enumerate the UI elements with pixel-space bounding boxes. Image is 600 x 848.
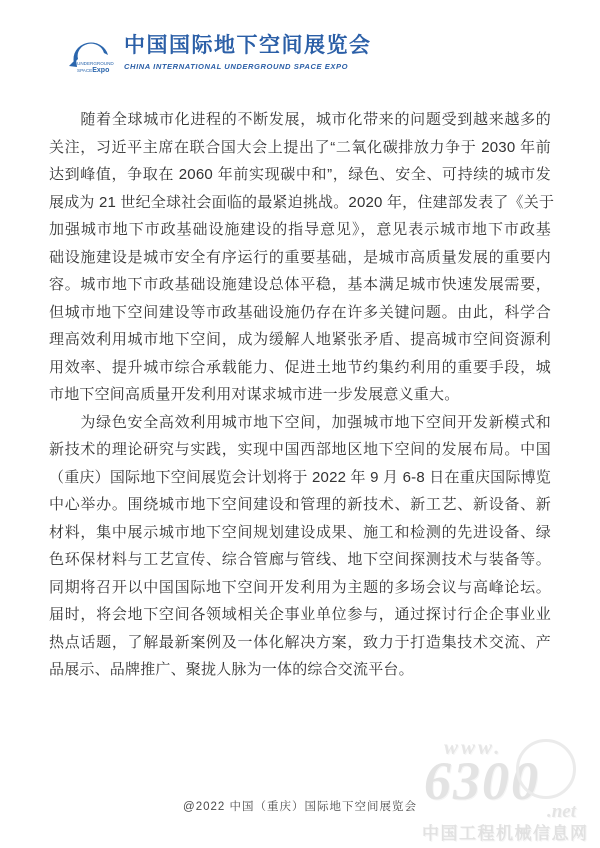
article-line: 容。城市地下市政基础设施建设总体平稳，基本满足城市快速发展需要， (49, 271, 551, 299)
site-watermark: www. 6300 .net 中国工程机械信息网 (422, 737, 590, 842)
article-line: 础设施建设是城市安全有序运行的重要基础，是城市高质量发展的重要内 (49, 244, 551, 272)
swoosh-arc-icon: UNDERGROUND SPACEExpo (64, 28, 116, 76)
article-body: 随着全球城市化进程的不断发展，城市化带来的问题受到越来越多的 关注，习近平主席在… (49, 106, 551, 684)
watermark-circle-icon (516, 739, 576, 799)
article-line: （重庆）国际地下空间展览会计划将于 2022 年 9 月 6-8 日在重庆国际博… (49, 464, 551, 492)
article-line: 用效率、提升城市综合承载能力、促进土地节约集约利用的重要手段，城 (49, 354, 551, 382)
brand-titles: 中国国际地下空间展览会 CHINA INTERNATIONAL UNDERGRO… (124, 33, 372, 71)
article-line: 展成为 21 世纪全球社会面临的最紧迫挑战。2020 年，住建部发表了《关于 (49, 189, 551, 217)
article-line: 色环保材料与工艺宣传、综合管廊与管线、地下空间探测技术与装备等。 (49, 546, 551, 574)
article-line: 品展示、品牌推广、聚拢人脉为一体的综合交流平台。 (49, 656, 551, 684)
logo-small-text-1: UNDERGROUND (77, 61, 114, 66)
article-line: 加强城市地下市政基础设施建设的指导意见》，意见表示城市地下市政基 (49, 216, 551, 244)
article-line: 中心举办。围绕城市地下空间建设和管理的新技术、新工艺、新设备、新 (49, 491, 551, 519)
expo-logo-icon: UNDERGROUND SPACEExpo (64, 28, 116, 76)
logo-small-text-2: SPACEExpo (77, 67, 109, 74)
article-line: 热点话题，了解最新案例及一体化解决方案，致力于打造集技术交流、产 (49, 629, 551, 657)
article-line: 为绿色安全高效利用城市地下空间，加强城市地下空间开发新模式和 (49, 409, 551, 437)
article-line: 新技术的理论研究与实践，实现中国西部地区地下空间的发展布局。中国 (49, 436, 551, 464)
article-line: 同期将召开以中国国际地下空间开发利用为主题的多场会议与高峰论坛。 (49, 574, 551, 602)
article-line: 随着全球城市化进程的不断发展，城市化带来的问题受到越来越多的 (49, 106, 551, 134)
article-line: 但城市地下空间建设等市政基础设施仍存在许多关键问题。由此，科学合 (49, 299, 551, 327)
article-line: 关注，习近平主席在联合国大会上提出了“二氧化碳排放力争于 2030 年前 (49, 134, 551, 162)
expo-title-english: CHINA INTERNATIONAL UNDERGROUND SPACE EX… (124, 62, 372, 71)
article-line: 材料，集中展示城市地下空间规划建设成果、施工和检测的先进设备、绿 (49, 519, 551, 547)
watermark-site-name: 中国工程机械信息网 (422, 825, 590, 842)
article-line: 届时，将会地下空间各领域相关企事业单位参与，通过探讨行企企事业业 (49, 601, 551, 629)
article-line: 达到峰值，争取在 2060 年前实现碳中和”，绿色、安全、可持续的城市发 (49, 161, 551, 189)
article-line: 市地下空间高质量开发利用对谋求城市进一步发展意义重大。 (49, 381, 551, 409)
page: UNDERGROUND SPACEExpo 中国国际地下空间展览会 CHINA … (0, 0, 600, 848)
expo-title-chinese: 中国国际地下空间展览会 (124, 33, 372, 59)
article-line: 理高效利用城市地下空间，成为缓解人地紧张矛盾、提高城市空间资源利 (49, 326, 551, 354)
header: UNDERGROUND SPACEExpo 中国国际地下空间展览会 CHINA … (64, 28, 372, 76)
